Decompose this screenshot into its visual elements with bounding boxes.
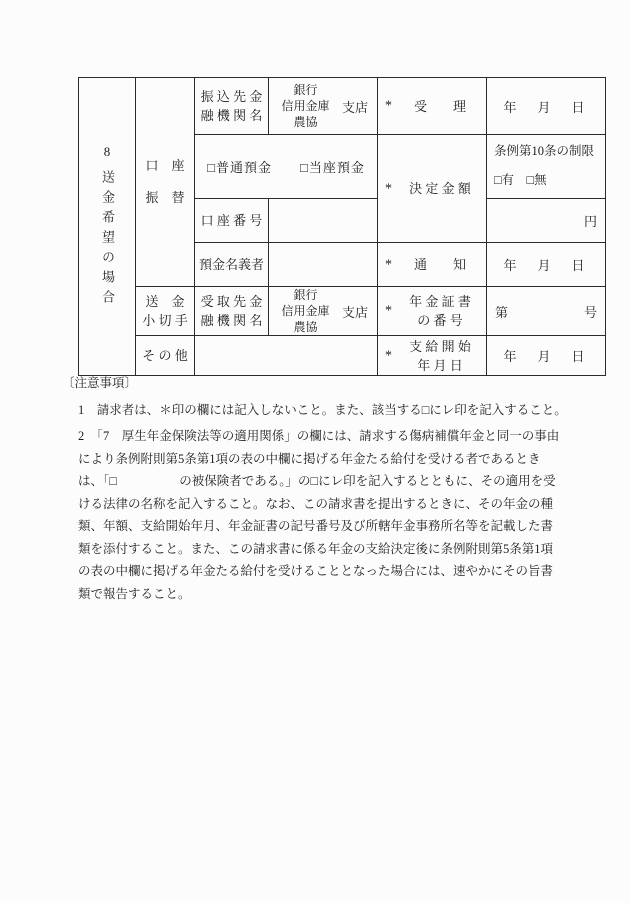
transfer-bank-type-cell: 銀行 信用金庫 農協 支店 (269, 78, 378, 135)
asterisk-icon: * (385, 302, 392, 321)
limit-options: □有 □無 (494, 170, 602, 188)
deposit-type-cell: □普通預金 □当座預金 (195, 135, 378, 199)
accepted-cell: * 受 理 (378, 78, 487, 135)
row-label-account-transfer: 口 座 振 替 (136, 78, 195, 287)
asterisk-icon: * (385, 255, 392, 274)
receiving-bank-type-cell: 銀行 信用金庫 農協 支店 (269, 287, 378, 336)
label-account-holder: 預金名義者 (195, 243, 269, 287)
notes-section: 〔注意事項〕 1 請求者は、＊印の欄には記入しないこと。また、該当する□にレ印を… (62, 372, 586, 605)
branch-label: 支店 (342, 302, 377, 321)
number-wrap: 第 号 (487, 287, 605, 335)
payment-start-label: 支 給 開 始 年 月 日 (409, 339, 471, 373)
decided-amount-label: 決 定 金 額 (409, 181, 471, 196)
notes-header: 〔注意事項〕 (62, 372, 586, 395)
note-item-1: 1 請求者は、＊印の欄には記入しないこと。また、該当する□にレ印を記入すること。 (78, 399, 586, 422)
number-prefix: 第 (495, 302, 508, 321)
accepted-date-cell: 年 月 日 (487, 78, 606, 135)
note-item-2: 2 「7 厚生年金保険法等の適用関係」の欄には、請求する傷病補償年金と同一の事由… (78, 425, 586, 605)
account-holder-blank (269, 243, 378, 287)
bank-wrap: 銀行 信用金庫 農協 支店 (269, 287, 377, 335)
certificate-number-value-cell: 第 号 (487, 287, 606, 336)
label-account-number: 口 座 番 号 (195, 199, 269, 243)
accepted-label: 受 理 (414, 99, 466, 114)
notice-cell: * 通 知 (378, 243, 487, 287)
section-number: 8 (104, 144, 111, 160)
pension-certificate-label: 年 金 証 書 の 番 号 (409, 294, 471, 328)
pension-certificate-number-cell: * 年 金 証 書 の 番 号 (378, 287, 487, 336)
notice-label: 通 知 (414, 257, 466, 272)
account-number-blank (269, 199, 378, 243)
asterisk-icon: * (385, 97, 392, 116)
ordinance-limit-label: 条例第10条の制限 (494, 141, 602, 159)
bank-type-options: 銀行 信用金庫 農協 (269, 82, 342, 130)
number-suffix: 号 (584, 302, 597, 321)
bank-type-options: 銀行 信用金庫 農協 (269, 287, 342, 335)
remittance-request-table: 8 送金希望の場合 口 座 振 替 振 込 先 金 融 機 関 名 銀行 信用金… (78, 77, 606, 376)
payment-start-cell: * 支 給 開 始 年 月 日 (378, 336, 487, 376)
decided-amount-cell: * 決 定 金 額 (378, 135, 487, 243)
asterisk-icon: * (385, 346, 392, 365)
notice-date-cell: 年 月 日 (487, 243, 606, 287)
branch-label: 支店 (342, 97, 377, 116)
label-receiving-bank: 受 取 先 金 融 機 関 名 (195, 287, 269, 336)
asterisk-icon: * (385, 179, 392, 198)
section-title: 送金希望の場合 (100, 170, 114, 310)
payment-start-date-cell: 年 月 日 (487, 336, 606, 376)
row-label-other: そ の 他 (136, 336, 195, 376)
yen-cell: 円 (487, 199, 606, 243)
ordinance-limit-cell: 条例第10条の制限 □有 □無 (487, 135, 606, 199)
other-blank-cell (195, 336, 378, 376)
section-cell: 8 送金希望の場合 (79, 78, 136, 376)
row-label-remittance-check: 送 金 小 切 手 (136, 287, 195, 336)
section-wrap: 8 送金希望の場合 (79, 78, 135, 375)
bank-wrap: 銀行 信用金庫 農協 支店 (269, 78, 377, 134)
label-transfer-bank: 振 込 先 金 融 機 関 名 (195, 78, 269, 135)
